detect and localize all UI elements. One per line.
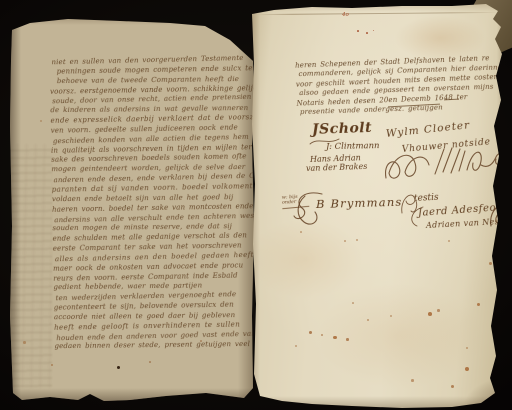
foxing-spot — [295, 345, 297, 347]
ink-bleedthrough-text — [10, 144, 52, 388]
foxing-spot — [352, 302, 354, 304]
foxing-spot — [23, 341, 26, 344]
signature-van-der-brakes: van der Brakes — [306, 162, 368, 173]
foxing-spot — [437, 309, 440, 312]
large-paraph-flourish-icon — [380, 138, 508, 190]
ink-blot — [117, 366, 120, 369]
foxing-spot — [333, 336, 337, 339]
foxing-spot — [448, 240, 450, 242]
foxing-spot — [366, 32, 368, 34]
foxing-spot — [344, 240, 346, 242]
left-page-text-block: niet en sullen van den voorgeruerden Tes… — [49, 54, 256, 353]
handwriting-line: behoeve van de tweede Comparanten heeft … — [57, 75, 252, 87]
end-curl-flourish-icon — [486, 197, 512, 231]
foxing-spot — [51, 364, 53, 366]
signature-wylm: Wylm Cloeter — [385, 119, 470, 140]
foxing-spot — [390, 315, 392, 317]
foxing-spot — [300, 231, 302, 233]
foxing-spot — [451, 385, 454, 388]
handwriting-line: voldaen ende betaelt sijn van alle het g… — [52, 193, 254, 205]
foxing-spot — [309, 331, 312, 334]
signature-testis: testis — [414, 193, 439, 204]
foxing-spot — [200, 340, 202, 342]
foxing-spot — [489, 262, 492, 265]
foxing-spot — [346, 338, 349, 341]
manuscript-photograph: niet en sullen van den voorgeruerden Tes… — [0, 0, 512, 410]
foxing-spot — [367, 319, 369, 321]
foxing-spot — [477, 303, 480, 306]
foxing-spot — [321, 334, 323, 336]
foxing-spot — [465, 367, 469, 371]
foxing-spot — [149, 361, 151, 363]
foxing-spot — [357, 30, 359, 32]
folio-mark: 4o — [342, 12, 349, 18]
foxing-spot — [40, 120, 42, 122]
foxing-spot — [356, 239, 358, 241]
signature-clintmann: J: Clintmann — [326, 141, 380, 152]
foxing-spot — [373, 30, 374, 31]
page-fold-line — [256, 12, 500, 15]
foxing-spot — [411, 379, 414, 382]
foxing-spot — [428, 312, 432, 316]
signature-brymmans: B Brymmans — [316, 195, 403, 211]
foxing-spot — [466, 347, 468, 349]
right-manuscript-page: 4o heren Schepenen der Stadt Delfshaven … — [250, 4, 512, 408]
handwriting-line: gedaen binnen deser stede, present getui… — [54, 340, 256, 352]
foxing-spot — [378, 317, 380, 319]
left-manuscript-page: niet en sullen van den voorgeruerden Tes… — [8, 16, 254, 402]
closing-clause-text-block: heren Schepenen der Stadt Delfshaven te … — [295, 54, 489, 118]
